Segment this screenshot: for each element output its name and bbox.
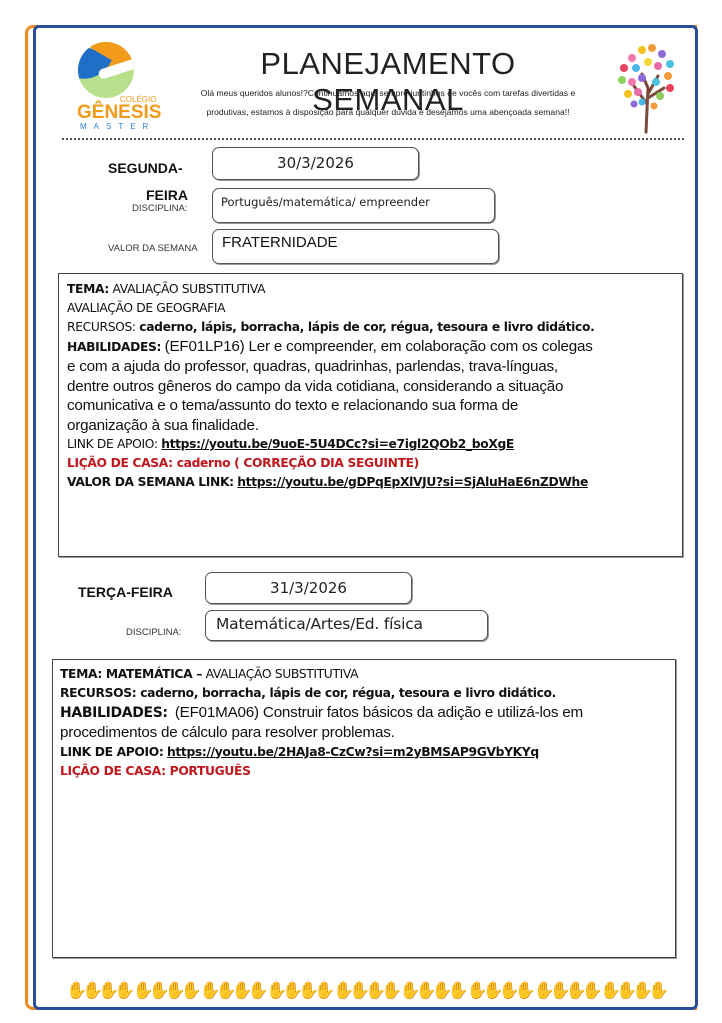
hand-icon: ✋: [282, 980, 297, 1004]
tuesday-tema-label: TEMA: MATEMÁTICA –: [60, 667, 202, 681]
hand-icon: ✋: [200, 980, 215, 1004]
school-logo: COLÉGIO GÊNESIS MASTER: [72, 40, 162, 130]
monday-value-link-label: VALOR DA SEMANA LINK:: [67, 475, 234, 489]
monday-day-label-2: FEIRA: [146, 187, 188, 203]
monday-value-link[interactable]: https://youtu.be/gDPqEpXlVJU?si=SjAluHaE…: [237, 475, 588, 489]
hand-icon: ✋: [581, 980, 596, 1004]
hand-icon: ✋: [266, 980, 281, 1004]
monday-habilidades-line: dentre outros gêneros do campo da vida c…: [67, 377, 674, 397]
hand-icon: ✋: [314, 980, 329, 1004]
hand-icon: ✋: [632, 980, 647, 1004]
tuesday-habilidades-label: HABILIDADES:: [60, 705, 168, 721]
hand-icon: ✋: [349, 980, 364, 1004]
tuesday-link-label: LINK DE APOIO:: [60, 745, 163, 759]
hand-icon: ✋: [648, 980, 663, 1004]
monday-content-box: TEMA: AVALIAÇÃO SUBSTITUTIVA AVALIAÇÃO D…: [58, 273, 683, 557]
monday-tema: AVALIAÇÃO SUBSTITUTIVA: [113, 282, 266, 296]
hand-icon: ✋: [467, 980, 482, 1004]
hand-icon: ✋: [515, 980, 530, 1004]
logo-emblem-icon: [78, 42, 134, 98]
hand-icon: ✋: [499, 980, 514, 1004]
monday-subject-line: AVALIAÇÃO DE GEOGRAFIA: [67, 299, 674, 318]
hand-icon: ✋: [400, 980, 415, 1004]
tuesday-date-field[interactable]: 31/3/2026: [205, 572, 412, 604]
tuesday-habilidades-line: (EF01MA06) Construir fatos básicos da ad…: [175, 704, 583, 721]
hand-icon: ✋: [82, 980, 97, 1004]
monday-date-field[interactable]: 30/3/2026: [212, 147, 419, 180]
hand-icon: ✋: [533, 980, 548, 1004]
hands-decoration: ✋✋✋✋✋✋✋✋✋✋✋✋✋✋✋✋✋✋✋✋✋✋✋✋✋✋✋✋✋✋✋✋✋✋✋✋: [66, 980, 666, 1004]
monday-link-label: LINK DE APOIO:: [67, 437, 158, 451]
monday-value-label: VALOR DA SEMANA: [108, 243, 198, 254]
hand-icon: ✋: [248, 980, 263, 1004]
monday-homework: caderno ( CORREÇÃO DIA SEGUINTE): [177, 456, 419, 470]
hand-icon: ✋: [232, 980, 247, 1004]
hand-icon: ✋: [98, 980, 113, 1004]
tuesday-support-link[interactable]: https://youtu.be/2HAJa8-CzCw?si=m2yBMSAP…: [167, 745, 539, 759]
hand-icon: ✋: [181, 980, 196, 1004]
hand-icon: ✋: [66, 980, 81, 1004]
logo-name-text: GÊNESIS: [77, 102, 161, 124]
tuesday-tema: AVALIAÇÃO SUBSTITUTIVA: [206, 667, 359, 681]
monday-day-label: SEGUNDA-: [108, 160, 183, 176]
monday-homework-label: LIÇÃO DE CASA:: [67, 456, 173, 470]
tuesday-homework: LIÇÃO DE CASA: PORTUGUÊS: [60, 762, 668, 781]
monday-support-link[interactable]: https://youtu.be/9uoE-5U4DCc?si=e7igl2QO…: [161, 437, 514, 451]
hand-icon: ✋: [600, 980, 615, 1004]
hand-icon: ✋: [298, 980, 313, 1004]
hand-icon: ✋: [432, 980, 447, 1004]
monday-habilidades-label: HABILIDADES:: [67, 340, 161, 354]
monday-tema-label: TEMA:: [67, 282, 109, 296]
tuesday-content-box: TEMA: MATEMÁTICA – AVALIAÇÃO SUBSTITUTIV…: [52, 659, 676, 958]
tuesday-habilidades-line: procedimentos de cálculo para resolver p…: [60, 723, 668, 743]
hand-icon: ✋: [381, 980, 396, 1004]
hand-icon: ✋: [216, 980, 231, 1004]
hand-icon: ✋: [448, 980, 463, 1004]
monday-value-field[interactable]: FRATERNIDADE: [212, 229, 499, 264]
monday-recursos: caderno, lápis, borracha, lápis de cor, …: [139, 320, 594, 334]
monday-habilidades-line: e com a ajuda do professor, quadras, qua…: [67, 357, 674, 377]
hand-icon: ✋: [365, 980, 380, 1004]
hand-icon: ✋: [483, 980, 498, 1004]
hand-icon: ✋: [133, 980, 148, 1004]
tuesday-recursos: RECURSOS: caderno, borracha, lápis de co…: [60, 686, 556, 700]
logo-sub-text: MASTER: [80, 122, 155, 131]
tuesday-discipline-label: DISCIPLINA:: [126, 627, 181, 638]
monday-habilidades-line: comunicativa e o tema/assunto do texto e…: [67, 396, 674, 416]
intro-message: Olá meus queridos alunos!?Continuamos aq…: [186, 84, 590, 122]
monday-habilidades-line: (EF01LP16) Ler e compreender, em colabor…: [165, 338, 593, 355]
hand-icon: ✋: [149, 980, 164, 1004]
monday-discipline-field[interactable]: Português/matemática/ empreender: [212, 188, 495, 223]
monday-recursos-label: RECURSOS:: [67, 320, 136, 334]
hand-icon: ✋: [165, 980, 180, 1004]
header-divider: [62, 138, 684, 140]
monday-discipline-label: DISCIPLINA:: [132, 203, 187, 214]
hand-icon: ✋: [565, 980, 580, 1004]
hand-icon: ✋: [114, 980, 129, 1004]
hand-icon: ✋: [549, 980, 564, 1004]
hand-icon: ✋: [333, 980, 348, 1004]
tuesday-day-label: TERÇA-FEIRA: [78, 584, 173, 600]
colorful-tree-icon: [612, 38, 682, 134]
tuesday-discipline-field[interactable]: Matemática/Artes/Ed. física: [205, 610, 488, 641]
hand-icon: ✋: [616, 980, 631, 1004]
monday-habilidades-line: organização à sua finalidade.: [67, 416, 674, 436]
hand-icon: ✋: [416, 980, 431, 1004]
